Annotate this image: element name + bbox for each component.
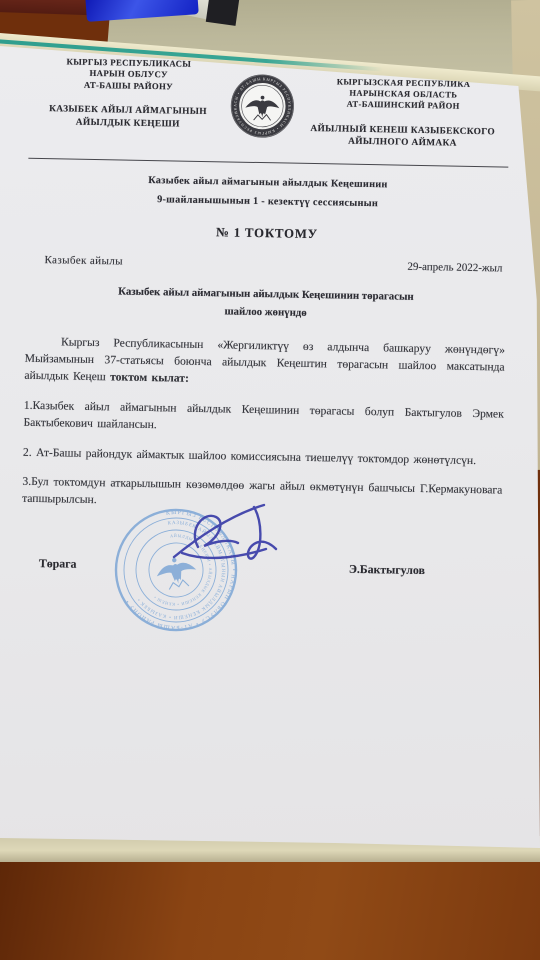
signatory-title: Төрага: [39, 556, 77, 572]
handwritten-signature-icon: [168, 499, 286, 581]
place-date-row: Казыбек айылы 29-апрель 2022-жыл: [26, 254, 506, 275]
decree-number: № 1 ТОКТОМУ: [27, 222, 507, 246]
dark-object: [206, 0, 240, 26]
preamble-text: Кыргыз Республикасынын «Жергиликтүү өз а…: [24, 335, 505, 384]
state-emblem-seal-icon: КЫРГЫЗ РЕСПУБЛИКАСЫ • КЫРГЫЗ РЕСПУБЛИКАС…: [226, 71, 297, 140]
signatory-name: Э.Бактыгулов: [349, 561, 425, 577]
letterhead-divider: [28, 158, 508, 168]
decree-item-1: 1.Казыбек айыл аймагынын айылдык Кеңешин…: [23, 397, 504, 441]
district-name-ky: АТ-БАШЫ РАЙОНУ: [30, 79, 228, 94]
session-title: Казыбек айыл аймагынын айылдык Кеңешинин…: [27, 170, 508, 216]
photo-of-decree-document: ЙЫЛД Каз КЫРГЫЗ РЕСПУБЛИКАСЫ НАРЫН ОБЛУС…: [0, 0, 540, 960]
date-of-issue: 29-апрель 2022-жыл: [407, 261, 502, 275]
preamble-resolution-phrase: токтом кылат:: [110, 371, 189, 385]
document-page: КЫРГЫЗ РЕСПУБЛИКАСЫ НАРЫН ОБЛУСУ АТ-БАШЫ…: [0, 0, 540, 960]
kyrgyz-emblem-graphic: КЫРГЫЗ РЕСПУБЛИКАСЫ • КЫРГЫЗ РЕСПУБЛИКАС…: [227, 71, 296, 140]
wooden-desk: [0, 858, 540, 960]
preamble-paragraph: Кыргыз Республикасынын «Жергиликтүү өз а…: [24, 332, 505, 393]
decree-subject: Казыбек айыл аймагынын айылдык Кеңешинин…: [25, 281, 506, 326]
place-of-issue: Казыбек айылы: [44, 254, 123, 267]
decree-item-2: 2. Ат-Башы райондук аймактык шайлоо коми…: [23, 443, 503, 469]
document-content: КЫРГЫЗ РЕСПУБЛИКАСЫ НАРЫН ОБЛУСУ АТ-БАШЫ…: [0, 0, 540, 580]
letterhead-kyrgyz: КЫРГЫЗ РЕСПУБЛИКАСЫ НАРЫН ОБЛУСУ АТ-БАШЫ…: [29, 56, 228, 132]
